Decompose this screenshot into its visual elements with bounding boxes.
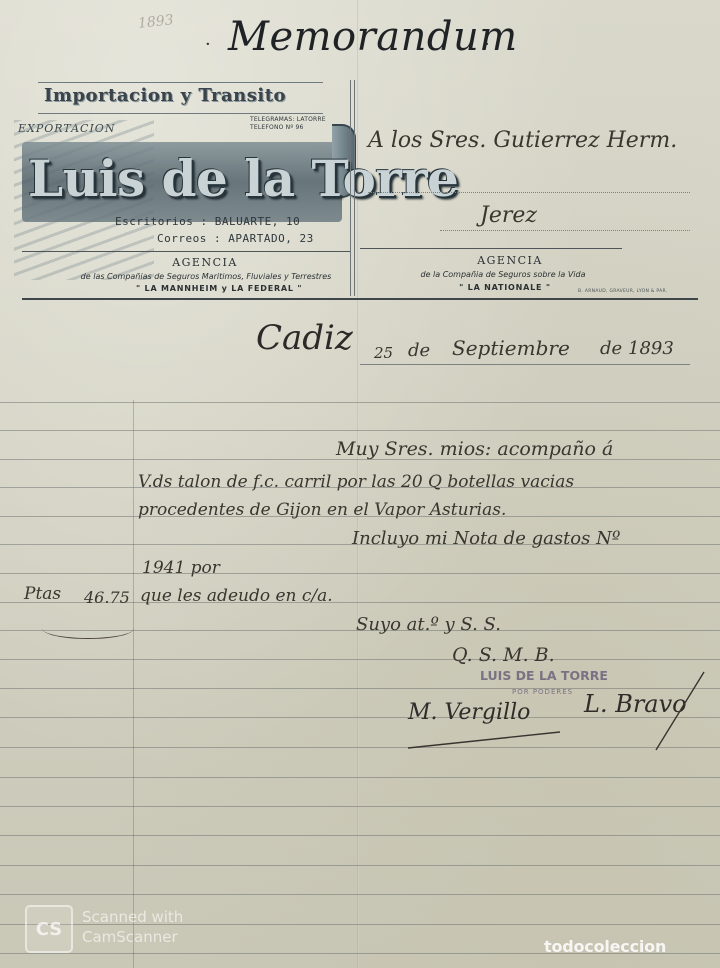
- camscanner-line-1: Scanned with: [82, 907, 183, 927]
- todocoleccion-watermark: todocoleccion: [544, 937, 666, 956]
- signature-strokes: [0, 0, 720, 968]
- camscanner-line-2: CamScanner: [82, 927, 183, 947]
- letter-page: 1893 · Memorandum · Importacion y Transi…: [0, 0, 720, 968]
- camscanner-icon: CS: [25, 905, 73, 953]
- camscanner-watermark: Scanned with CamScanner: [82, 907, 183, 947]
